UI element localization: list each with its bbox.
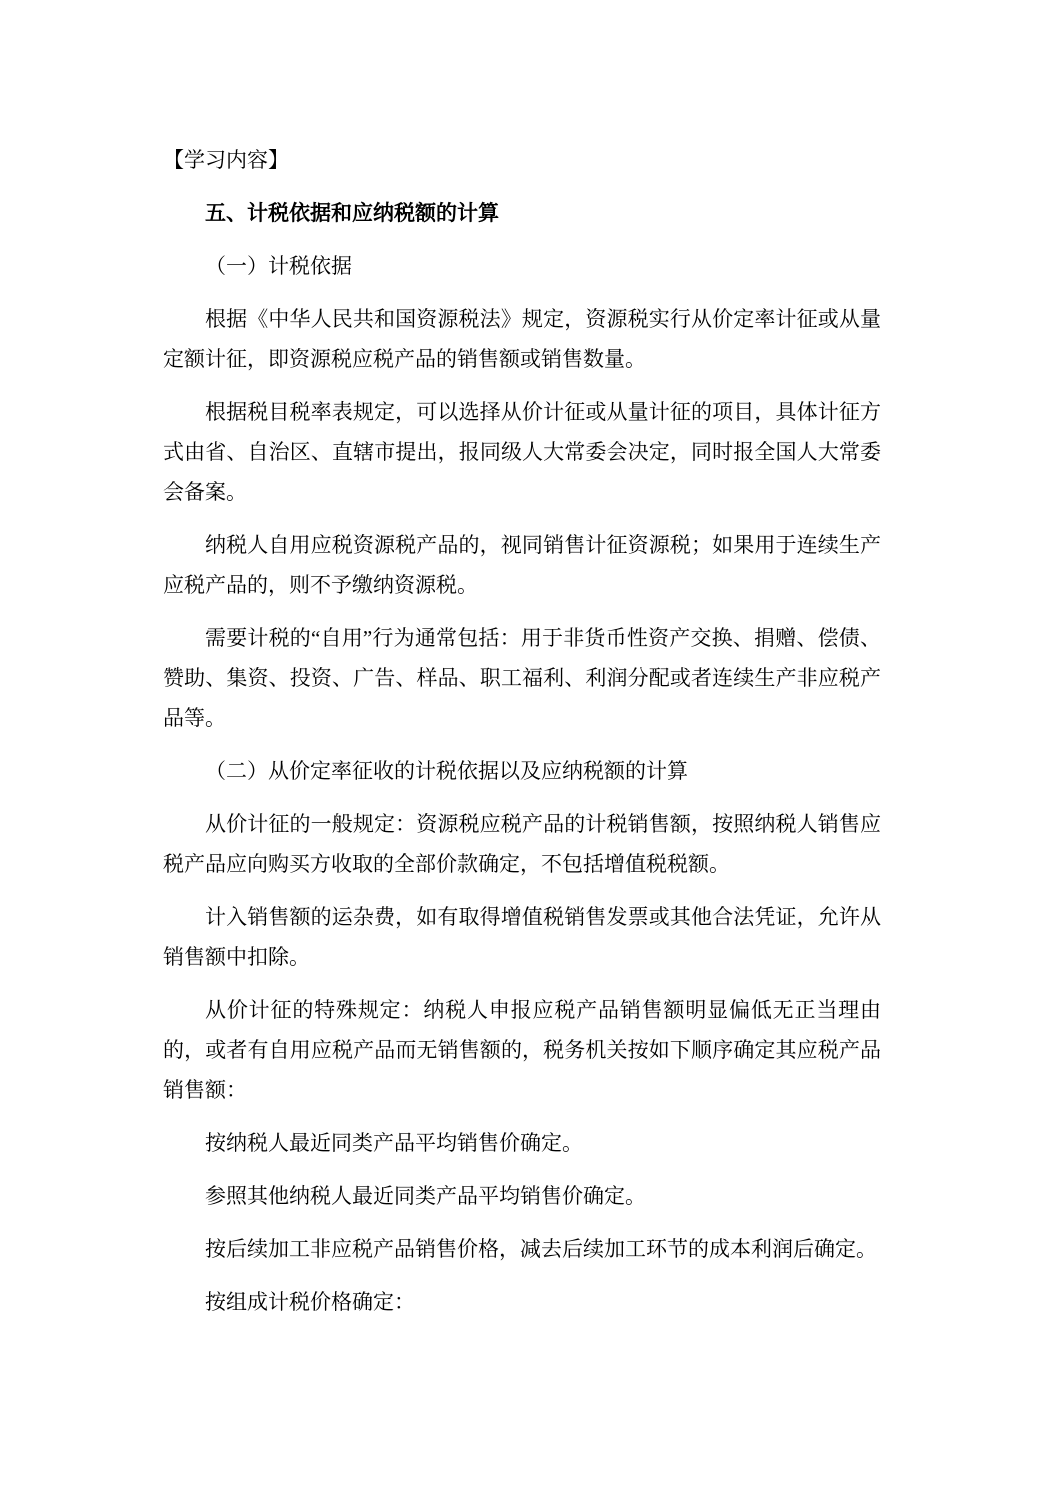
paragraph: 需要计税的“自用”行为通常包括：用于非货币性资产交换、捐赠、偿债、赞助、集资、投… <box>163 618 881 738</box>
paragraph-subheading-2: （二）从价定率征收的计税依据以及应纳税额的计算 <box>163 751 881 791</box>
paragraph: 根据税目税率表规定，可以选择从价计征或从量计征的项目，具体计征方式由省、自治区、… <box>163 392 881 512</box>
text-column: 【学习内容】 五、计税依据和应纳税额的计算 （一）计税依据 根据《中华人民共和国… <box>163 140 881 1322</box>
section-marker: 【学习内容】 <box>163 140 881 180</box>
paragraph: 计入销售额的运杂费，如有取得增值税销售发票或其他合法凭证，允许从销售额中扣除。 <box>163 897 881 977</box>
paragraph: 按纳税人最近同类产品平均销售价确定。 <box>163 1123 881 1163</box>
paragraph-subheading-1: （一）计税依据 <box>163 246 881 286</box>
paragraph: 从价计征的一般规定：资源税应税产品的计税销售额，按照纳税人销售应税产品应向购买方… <box>163 804 881 884</box>
paragraph: 纳税人自用应税资源税产品的，视同销售计征资源税；如果用于连续生产应税产品的，则不… <box>163 525 881 605</box>
paragraph: 根据《中华人民共和国资源税法》规定，资源税实行从价定率计征或从量定额计征，即资源… <box>163 299 881 379</box>
section-heading: 五、计税依据和应纳税额的计算 <box>163 193 881 233</box>
paragraph: 按后续加工非应税产品销售价格，减去后续加工环节的成本利润后确定。 <box>163 1229 881 1269</box>
paragraph: 按组成计税价格确定： <box>163 1282 881 1322</box>
paragraph: 从价计征的特殊规定：纳税人申报应税产品销售额明显偏低无正当理由的，或者有自用应税… <box>163 990 881 1110</box>
paragraph: 参照其他纳税人最近同类产品平均销售价确定。 <box>163 1176 881 1216</box>
document-page: 【学习内容】 五、计税依据和应纳税额的计算 （一）计税依据 根据《中华人民共和国… <box>0 0 1059 1497</box>
